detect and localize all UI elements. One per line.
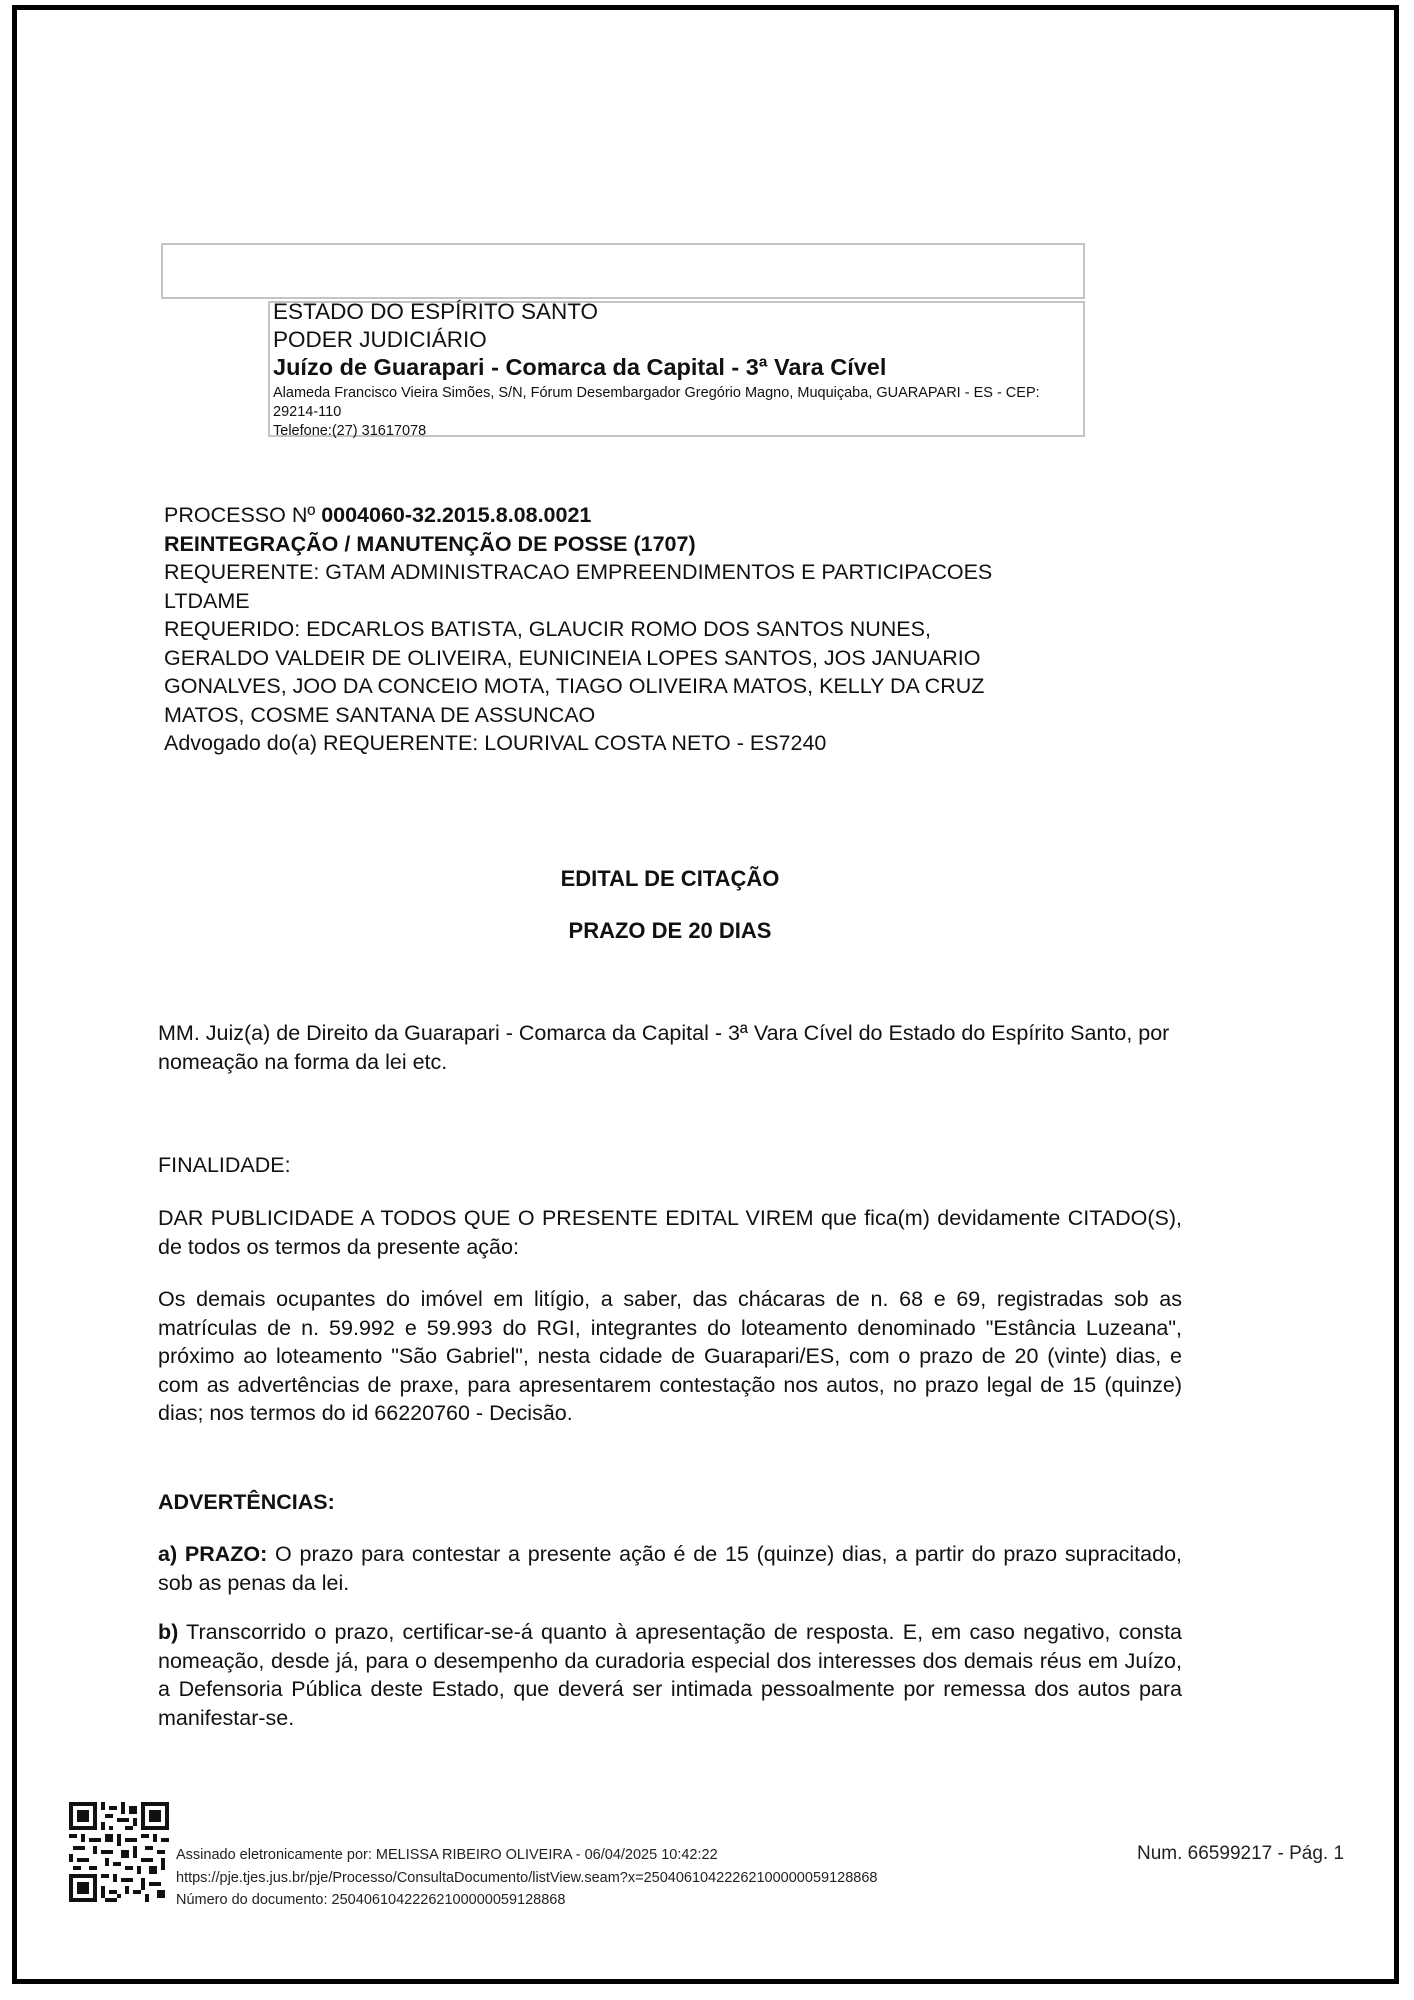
lawyer-line: Advogado do(a) REQUERENTE: LOURIVAL COST… bbox=[164, 729, 1124, 758]
process-class: REINTEGRAÇÃO / MANUTENÇÃO DE POSSE (1707… bbox=[164, 530, 1124, 559]
publicity-paragraph: DAR PUBLICIDADE A TODOS QUE O PRESENTE E… bbox=[158, 1204, 1182, 1261]
plaintiff-line: REQUERENTE: GTAM ADMINISTRACAO EMPREENDI… bbox=[164, 558, 1124, 587]
plaintiff-line: LTDAME bbox=[164, 587, 1124, 616]
signature-info: Assinado eletronicamente por: MELISSA RI… bbox=[176, 1844, 877, 1912]
defendant-line: GONALVES, JOO DA CONCEIO MOTA, TIAGO OLI… bbox=[164, 672, 1124, 701]
address-line-1: Alameda Francisco Vieira Simões, S/N, Fó… bbox=[273, 384, 1073, 403]
process-number-line: PROCESSO Nº 0004060-32.2015.8.08.0021 bbox=[164, 501, 1124, 530]
warning-b-label: b) bbox=[158, 1620, 178, 1644]
qr-code-icon bbox=[69, 1802, 169, 1902]
warning-a-text: O prazo para contestar a presente ação é… bbox=[158, 1542, 1182, 1595]
process-number: 0004060-32.2015.8.08.0021 bbox=[321, 503, 591, 527]
intro-paragraph: MM. Juiz(a) de Direito da Guarapari - Co… bbox=[158, 1019, 1182, 1076]
warning-b-paragraph: b) Transcorrido o prazo, certificar-se-á… bbox=[158, 1618, 1182, 1732]
defendant-line: GERALDO VALDEIR DE OLIVEIRA, EUNICINEIA … bbox=[164, 644, 1124, 673]
defendant-line: MATOS, COSME SANTANA DE ASSUNCAO bbox=[164, 701, 1124, 730]
verification-url[interactable]: https://pje.tjes.jus.br/pje/Processo/Con… bbox=[176, 1867, 877, 1890]
defendant-line: REQUERIDO: EDCARLOS BATISTA, GLAUCIR ROM… bbox=[164, 615, 1124, 644]
header-power: PODER JUDICIÁRIO bbox=[273, 327, 487, 353]
header-address: Alameda Francisco Vieira Simões, S/N, Fó… bbox=[273, 384, 1073, 441]
warning-b-text: Transcorrido o prazo, certificar-se-á qu… bbox=[158, 1620, 1182, 1730]
header-state: ESTADO DO ESPÍRITO SANTO bbox=[273, 299, 598, 325]
process-info: PROCESSO Nº 0004060-32.2015.8.08.0021 RE… bbox=[164, 501, 1124, 758]
header-court: Juízo de Guarapari - Comarca da Capital … bbox=[273, 354, 886, 381]
purpose-body-paragraph: Os demais ocupantes do imóvel em litígio… bbox=[158, 1285, 1182, 1428]
phone: Telefone:(27) 31617078 bbox=[273, 422, 1073, 441]
warning-a-label: a) PRAZO: bbox=[158, 1542, 267, 1566]
document-title: EDITAL DE CITAÇÃO bbox=[0, 865, 1340, 893]
document-subtitle: PRAZO DE 20 DIAS bbox=[0, 917, 1340, 945]
logo-placeholder-box bbox=[161, 243, 1085, 299]
purpose-label: FINALIDADE: bbox=[158, 1151, 1182, 1180]
document-number: Número do documento: 2504061042226210000… bbox=[176, 1889, 877, 1912]
signed-by: Assinado eletronicamente por: MELISSA RI… bbox=[176, 1844, 877, 1867]
warnings-label: ADVERTÊNCIAS: bbox=[158, 1488, 1182, 1517]
process-number-label: PROCESSO Nº bbox=[164, 503, 321, 527]
warning-a-paragraph: a) PRAZO: O prazo para contestar a prese… bbox=[158, 1540, 1182, 1597]
address-line-2: 29214-110 bbox=[273, 403, 1073, 422]
page-number: Num. 66599217 - Pág. 1 bbox=[1137, 1843, 1344, 1865]
